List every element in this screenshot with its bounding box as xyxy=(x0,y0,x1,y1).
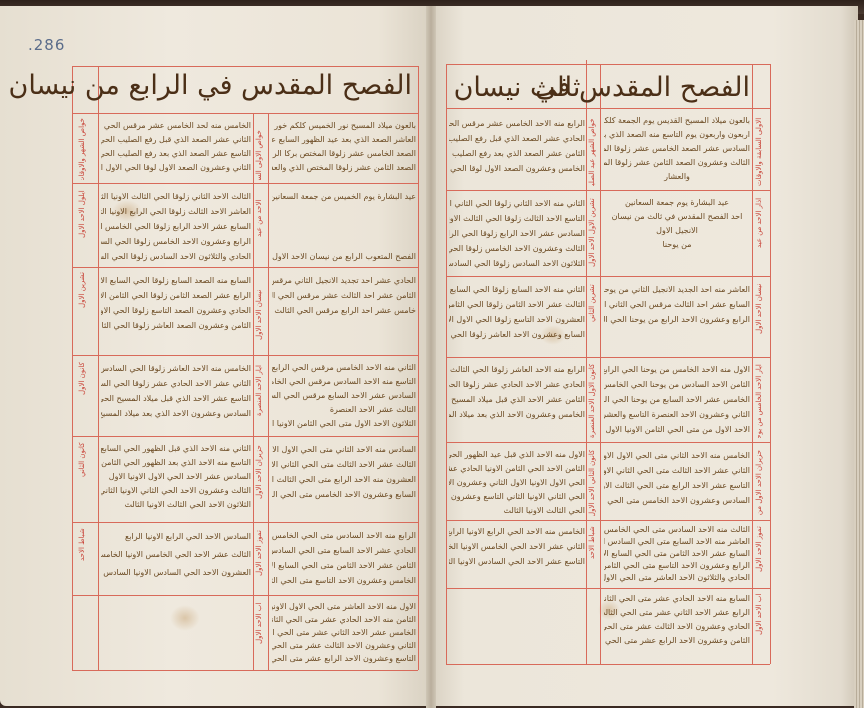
left-row5-rubric: حزيران الاحد الاول xyxy=(255,445,267,517)
left-row3-margin: تشرين الاول xyxy=(78,272,94,352)
right-row5-side: الاول منه الاحد الذي قبل عيد الظهور الحي… xyxy=(449,448,585,518)
right-row6-rubric-mid: شباط الاحد xyxy=(588,526,599,584)
right-row6-side: الخامس منه الاحد الحي الرابع الاونيا الر… xyxy=(449,524,585,586)
left-row6-side: السادس الاحد الحي الرابع الاونيا الرابعا… xyxy=(101,528,251,592)
book-gutter xyxy=(426,6,436,708)
right-row3-rubric-right: نيسان الاحد الاول xyxy=(755,284,768,354)
left-row1-rubric: خواص الاولى السابقة xyxy=(255,130,267,180)
right-row6-main: الثالث منه الاحد السادس متى الحي الخامس … xyxy=(604,524,750,586)
left-row7-rubric: اب الاحد الاول xyxy=(255,603,267,665)
left-row7-main: الاول منه الاحد العاشر متى الحي الاول ال… xyxy=(272,600,416,668)
right-row7-main: السابع منه الاحد الحادي عشر متى الحي الث… xyxy=(604,592,750,662)
left-row4-rubric: ايار الاحد العنصرة xyxy=(255,365,267,433)
right-row2-side: الثاني منه الاحد الثاني زلوقا الحي الثان… xyxy=(449,196,585,274)
right-row1-rubric-mid: خواص الشهر عيد الصليب الاونيا xyxy=(588,118,599,186)
right-page-title-right: الفصح المقدس في xyxy=(602,72,750,103)
folio-number: .286 xyxy=(28,36,65,54)
left-row6-margin: شباط الاحد xyxy=(78,528,94,592)
right-row1-main: بالعون ميلاد المسيح القديس يوم الجمعة كل… xyxy=(604,114,750,188)
left-row6-rubric: تموز الاحد الاول xyxy=(255,530,267,590)
right-row1-side: الرابع منه الاحد الخامس عشر مرقس الحي ال… xyxy=(449,116,585,188)
left-row3-rubric: نيسان الاحد الاول xyxy=(255,290,267,350)
left-row4-side: الخامس منه الاحد العاشر زلوقا الحي الساد… xyxy=(101,361,251,435)
stain xyxy=(170,605,200,631)
right-row6-rubric-right: تموز الاحد الاول xyxy=(755,526,768,584)
left-row5-main: السادس منه الاحد الثاني متى الحي الاول ا… xyxy=(272,442,416,520)
left-row1-main: بالعون ميلاد المسيح نور الخميس كلكم خور … xyxy=(272,119,416,181)
left-row4-main: الثاني منه الاحد الخامس مرقس الحي الرابع… xyxy=(272,361,416,435)
right-row7-rubric-right: اب الاحد الاول xyxy=(755,594,768,660)
right-row5-rubric-mid: كانون الثاني الاحد الاول xyxy=(588,450,599,516)
right-row2-main: عيد البشارة يوم جمعة السعانيناحد الفصح ا… xyxy=(604,196,750,274)
left-row1-margin: خواص الشهر والاوقات xyxy=(78,118,94,180)
right-row1-rubric-right: الاولى السابقة والاوقات xyxy=(755,118,768,186)
left-row2-margin: ايلول الاحد الاول xyxy=(78,190,94,264)
right-row3-rubric-mid: تشرين الثاني xyxy=(588,284,599,354)
right-row3-main: العاشر منه احد الجديد الانجيل الثاني من … xyxy=(604,282,750,356)
page-edges xyxy=(854,20,864,708)
left-page-title: الفصح المقدس في الرابع من نيسان xyxy=(100,70,412,101)
left-row5-margin: كانون الثاني xyxy=(78,442,94,520)
left-row5-side: الثاني منه الاحد الذي قبل الظهور الحي ال… xyxy=(101,442,251,520)
left-row2-side: الثالث الاحد الثاني زلوقا الحي الثالث ال… xyxy=(101,189,251,265)
right-row4-rubric-mid: كانون الاول الاحد العنصرة xyxy=(588,364,599,438)
right-row5-rubric-right: حزيران الاحد الاول من متى xyxy=(755,450,768,516)
right-row4-side: الرابع منه الاحد العاشر زلوقا الحي الثال… xyxy=(449,362,585,440)
left-row1-side: الخامس منه لحد الخامس عشر مرقس الحي الثا… xyxy=(101,119,251,181)
left-row3-main: الحادي عشر احد تجديد الانجيل الثاني مرقس… xyxy=(272,273,416,353)
left-row6-main: الرابع منه الاحد السادس متى الحي الخامس … xyxy=(272,528,416,592)
right-row5-main: الخامس منه الاحد الثاني متى الحي الاول ا… xyxy=(604,448,750,518)
right-row2-rubric-mid: تشرين الاول الاحد الاول xyxy=(588,198,599,272)
right-row4-main: الاول منه الاحد الخامس من يوحنا الحي الر… xyxy=(604,362,750,440)
right-row4-rubric-right: ايار الاحد الخامس من يوحنا xyxy=(755,364,768,438)
left-row2-main: عيد البشارة يوم الخميس من جمعة السعانين … xyxy=(272,189,416,265)
left-row4-margin: كانون الاول xyxy=(78,362,94,434)
right-page-title-left: ثالث نيسان xyxy=(450,72,584,103)
right-row3-side: الثاني منه الاحد السابع زلوقا الحي الساب… xyxy=(449,282,585,356)
left-row2-rubric: الاحد من عيد xyxy=(255,200,267,260)
right-row2-rubric-right: اذار الاحد من عيد xyxy=(755,198,768,272)
left-row3-side: السابع منه الصعد السابع زلوقا الحي الساب… xyxy=(101,273,251,353)
